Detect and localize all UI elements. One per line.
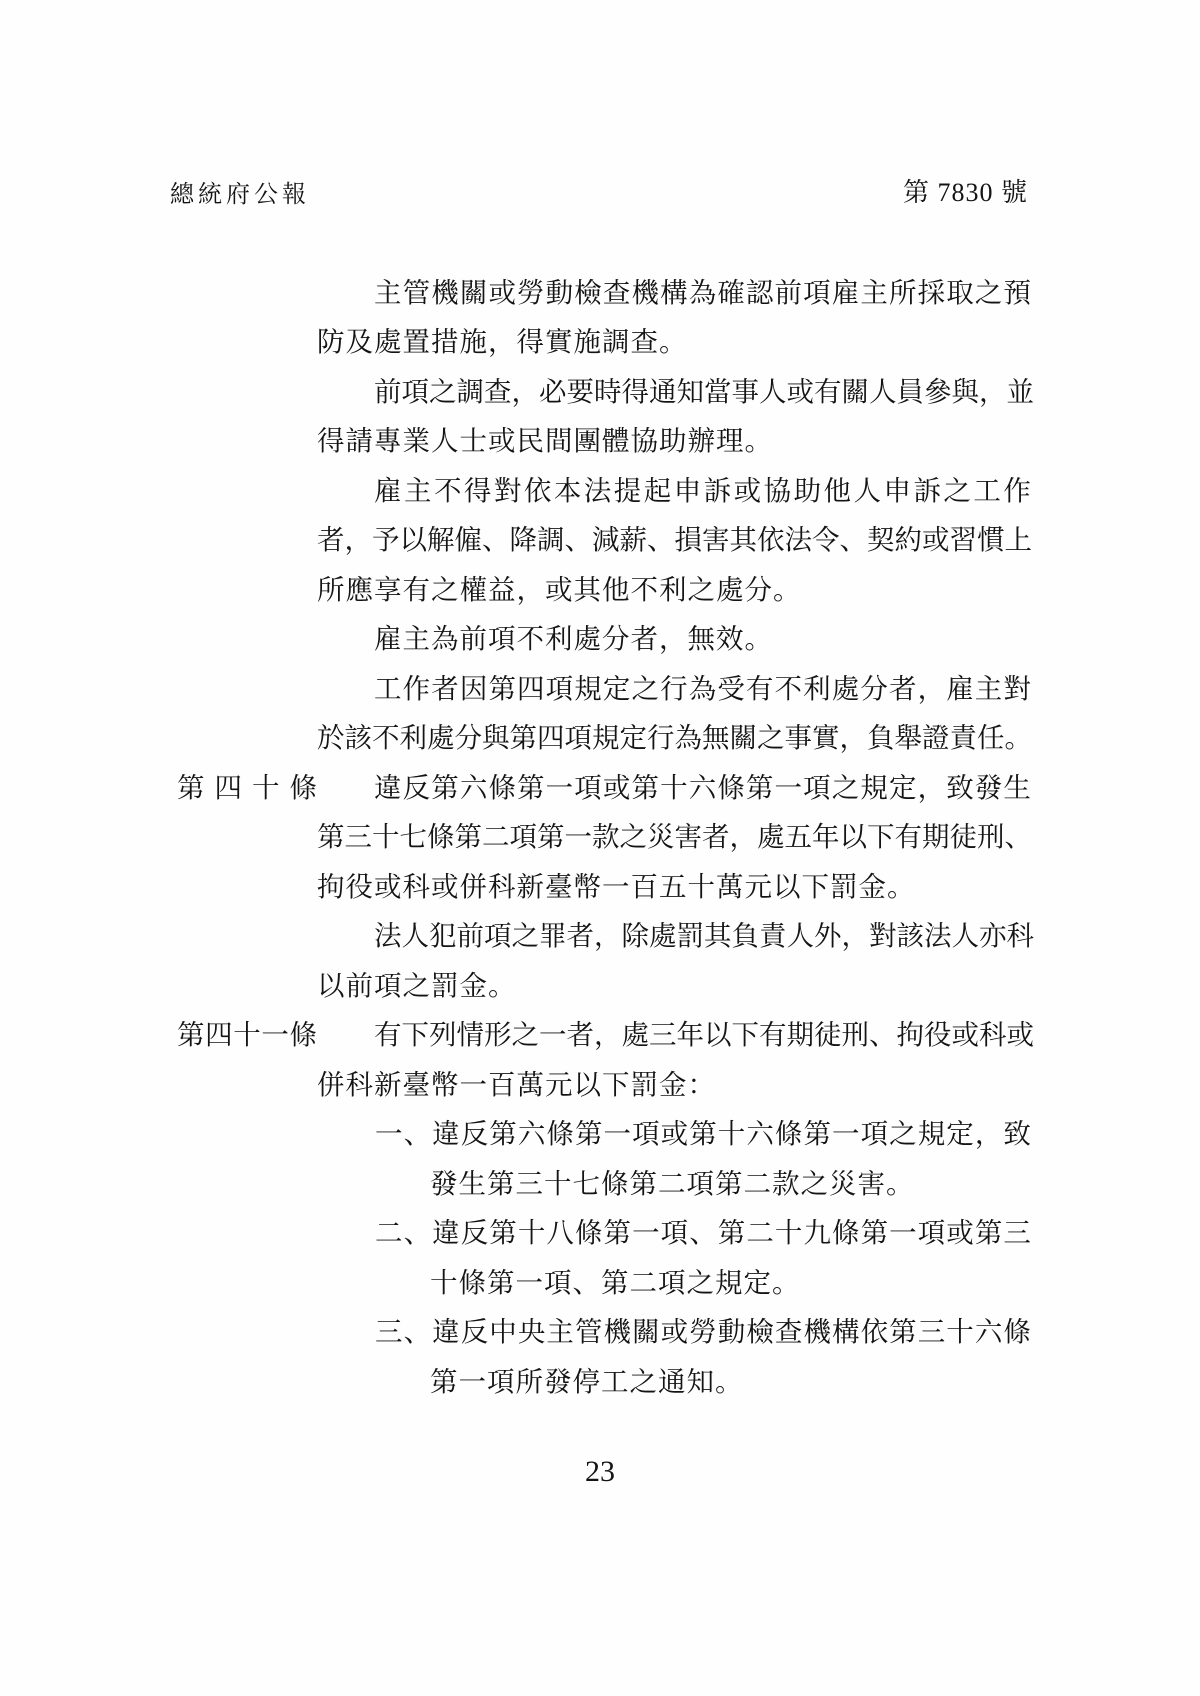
article-number-41: 第四十一條 — [177, 1007, 317, 1057]
text-line: 併科新臺幣一百萬元以下罰金： — [317, 1057, 1031, 1107]
text-line: 者，予以解僱、降調、減薪、損害其依法令、契約或習慣上 — [317, 513, 1031, 563]
text-line: 一、違反第六條第一項或第十六條第一項之規定，致 — [375, 1107, 1031, 1157]
text-line: 發生第三十七條第二項第二款之災害。 — [430, 1156, 1031, 1206]
text-line: 以前項之罰金。 — [317, 958, 1031, 1008]
text-line: 工作者因第四項規定之行為受有不利處分者，雇主對 — [374, 661, 1031, 711]
gazette-title: 總統府公報 — [170, 174, 310, 209]
document-body: 第四十條 第四十一條 主管機關或勞動檢查機構為確認前項雇主所採取之預 防及處置措… — [317, 265, 1031, 1404]
text-line: 前項之調查，必要時得通知當事人或有關人員參與，並 — [374, 364, 1031, 414]
text-line: 雇主為前項不利處分者，無效。 — [374, 612, 1031, 662]
text-line: 三、違反中央主管機關或勞動檢查機構依第三十六條 — [375, 1305, 1031, 1355]
text-line: 第一項所發停工之通知。 — [430, 1354, 1031, 1404]
text-line: 有下列情形之一者，處三年以下有期徒刑、拘役或科或 — [374, 1008, 1031, 1058]
text-line: 拘役或科或併科新臺幣一百五十萬元以下罰金。 — [317, 859, 1031, 909]
page-number: 23 — [0, 1455, 1200, 1489]
text-line: 主管機關或勞動檢查機構為確認前項雇主所採取之預 — [374, 265, 1031, 315]
text-line: 二、違反第十八條第一項、第二十九條第一項或第三 — [375, 1206, 1031, 1256]
text-line: 雇主不得對依本法提起申訴或協助他人申訴之工作 — [374, 463, 1031, 513]
text-line: 第三十七條第二項第一款之災害者，處五年以下有期徒刑、 — [317, 810, 1031, 860]
text-line: 所應享有之權益，或其他不利之處分。 — [317, 562, 1031, 612]
gazette-page: 總統府公報 第 7830 號 第四十條 第四十一條 主管機關或勞動檢查機構為確認… — [0, 0, 1200, 1696]
text-line: 十條第一項、第二項之規定。 — [430, 1255, 1031, 1305]
text-line: 防及處置措施，得實施調查。 — [317, 315, 1031, 365]
text-line: 於該不利處分與第四項規定行為無關之事實，負舉證責任。 — [317, 711, 1031, 761]
text-line: 違反第六條第一項或第十六條第一項之規定，致發生 — [374, 760, 1031, 810]
text-line: 得請專業人士或民間團體協助辦理。 — [317, 414, 1031, 464]
text-line: 法人犯前項之罪者，除處罰其負責人外，對該法人亦科 — [374, 909, 1031, 959]
article-number-40: 第四十條 — [177, 760, 317, 810]
issue-number: 第 7830 號 — [903, 172, 1028, 209]
